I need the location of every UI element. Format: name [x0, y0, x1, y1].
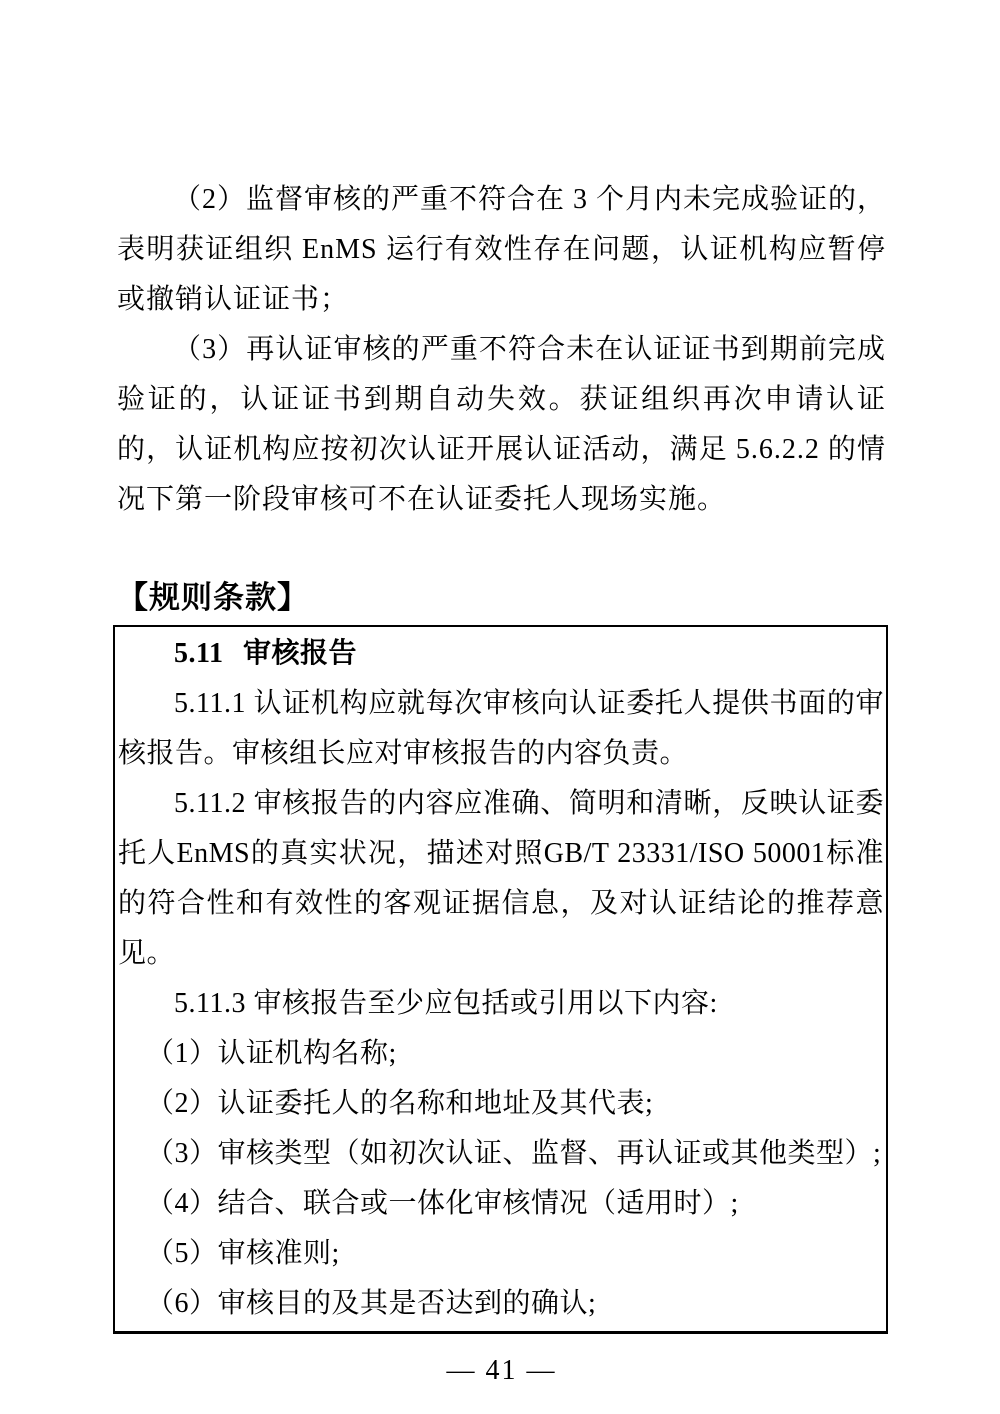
section-heading: 【规则条款】 — [117, 573, 886, 623]
page-number: — 41 — — [117, 1352, 886, 1390]
rule-item: （2）认证委托人的名称和地址及其代表; — [118, 1079, 884, 1129]
rule-clause-box: 5.11 审核报告 5.11.1 认证机构应就每次审核向认证委托人提供书面的审核… — [113, 625, 888, 1334]
rule-clause-paragraph: 5.11.1 认证机构应就每次审核向认证委托人提供书面的审核报告。审核组长应对审… — [118, 679, 884, 779]
body-text-block: （2）监督审核的严重不符合在 3 个月内未完成验证的，表明获证组织 EnMS 运… — [117, 175, 886, 525]
rule-item: （6）审核目的及其是否达到的确认; — [118, 1279, 884, 1329]
rule-item: （4）结合、联合或一体化审核情况（适用时）; — [118, 1179, 884, 1229]
document-page: （2）监督审核的严重不符合在 3 个月内未完成验证的，表明获证组织 EnMS 运… — [0, 0, 1000, 1414]
rule-item: （3）审核类型（如初次认证、监督、再认证或其他类型）; — [118, 1129, 884, 1179]
body-paragraph: （3）再认证审核的严重不符合未在认证证书到期前完成验证的，认证证书到期自动失效。… — [117, 325, 886, 525]
rule-clause-paragraph: 5.11.2 审核报告的内容应准确、简明和清晰，反映认证委托人EnMS的真实状况… — [118, 779, 884, 979]
rule-box-title: 5.11 审核报告 — [118, 629, 884, 679]
rule-clause-paragraph: 5.11.3 审核报告至少应包括或引用以下内容: — [118, 979, 884, 1029]
body-paragraph: （2）监督审核的严重不符合在 3 个月内未完成验证的，表明获证组织 EnMS 运… — [117, 175, 886, 325]
rule-item: （5）审核准则; — [118, 1229, 884, 1279]
rule-item: （1）认证机构名称; — [118, 1029, 884, 1079]
